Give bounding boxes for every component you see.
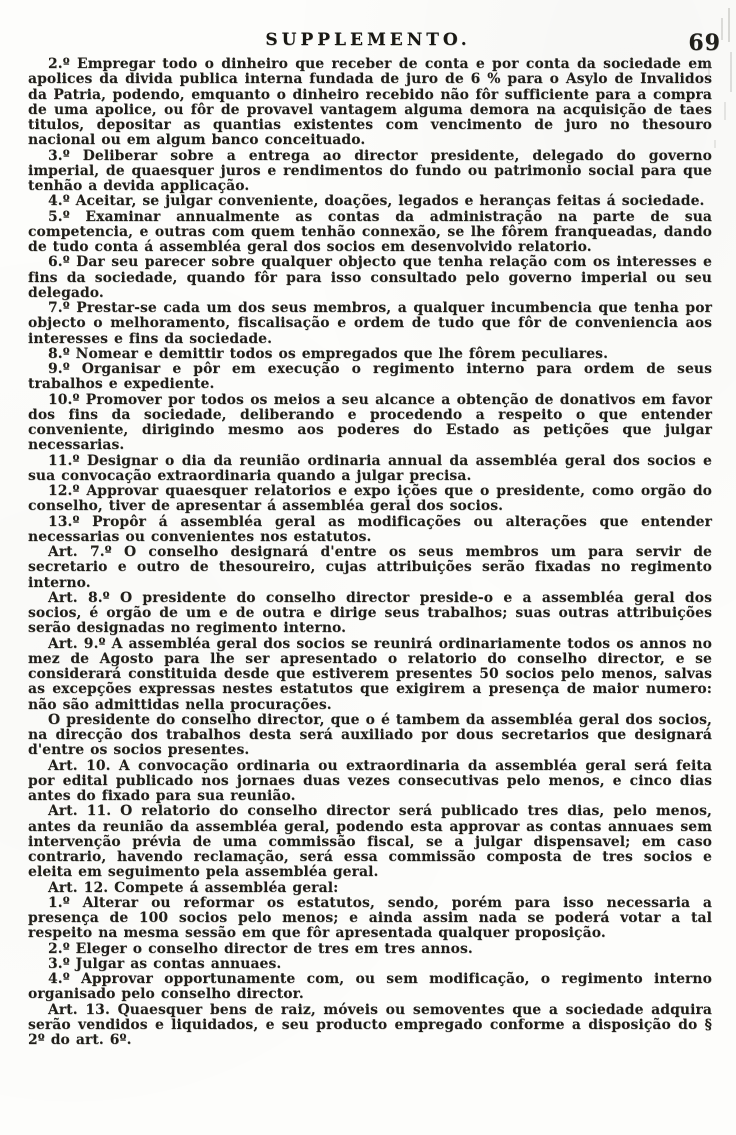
scan-artifact xyxy=(724,102,726,120)
paragraph: 2.º Eleger o conselho director de tres e… xyxy=(28,942,712,957)
paragraph: Art. 13. Quaesquer bens de raiz, móveis … xyxy=(28,1003,712,1049)
paragraph: 6.º Dar seu parecer sobre qualquer objec… xyxy=(28,255,712,301)
paragraph: 3.º Deliberar sobre a entrega ao directo… xyxy=(28,149,712,195)
paragraph: 10.º Promover por todos os meios a seu a… xyxy=(28,393,712,454)
paragraph: Art. 11. O relatorio do conselho directo… xyxy=(28,804,712,880)
paragraph: 1.º Alterar ou reformar os estatutos, se… xyxy=(28,896,712,942)
paragraph: 5.º Examinar annualmente as contas da ad… xyxy=(28,210,712,256)
page-number: 69 xyxy=(688,30,721,56)
scan-artifact xyxy=(708,62,710,76)
document-page: SUPPLEMENTO. 69 2.º Empregar todo o dinh… xyxy=(0,0,736,1135)
paragraph: Art. 7.º O conselho designará d'entre os… xyxy=(28,545,712,591)
paragraph: 3.º Julgar as contas annuaes. xyxy=(28,957,712,972)
paragraph: Art. 9.º A assembléa geral dos socios se… xyxy=(28,637,712,713)
paragraph: 12.º Approvar quaesquer relatorios e exp… xyxy=(28,484,712,515)
paragraph: 9.º Organisar e pôr em execução o regime… xyxy=(28,362,712,393)
paragraph: Art. 8.º O presidente do conselho direct… xyxy=(28,591,712,637)
paragraph: 7.º Prestar-se cada um dos seus membros,… xyxy=(28,301,712,347)
paragraph: 4.º Approvar opportunamente com, ou sem … xyxy=(28,972,712,1003)
scan-artifact xyxy=(728,8,730,42)
paragraph: O presidente do conselho director, que o… xyxy=(28,713,712,759)
document-body: 2.º Empregar todo o dinheiro que receber… xyxy=(28,57,712,1048)
paragraph: 2.º Empregar todo o dinheiro que receber… xyxy=(28,57,712,149)
paragraph: 8.º Nomear e demittir todos os empregado… xyxy=(28,347,712,362)
page-title: SUPPLEMENTO. xyxy=(0,30,736,50)
paragraph: 13.º Propôr á assembléa geral as modific… xyxy=(28,515,712,546)
paragraph: 11.º Designar o dia da reunião ordinaria… xyxy=(28,454,712,485)
paragraph: 4.º Aceitar, se julgar conveniente, doaç… xyxy=(28,194,712,209)
paragraph: Art. 10. A convocação ordinaria ou extra… xyxy=(28,759,712,805)
scan-artifact xyxy=(730,52,732,92)
scan-artifact xyxy=(721,18,723,40)
scan-artifact xyxy=(714,140,716,148)
paragraph: Art. 12. Compete á assembléa geral: xyxy=(28,881,712,896)
